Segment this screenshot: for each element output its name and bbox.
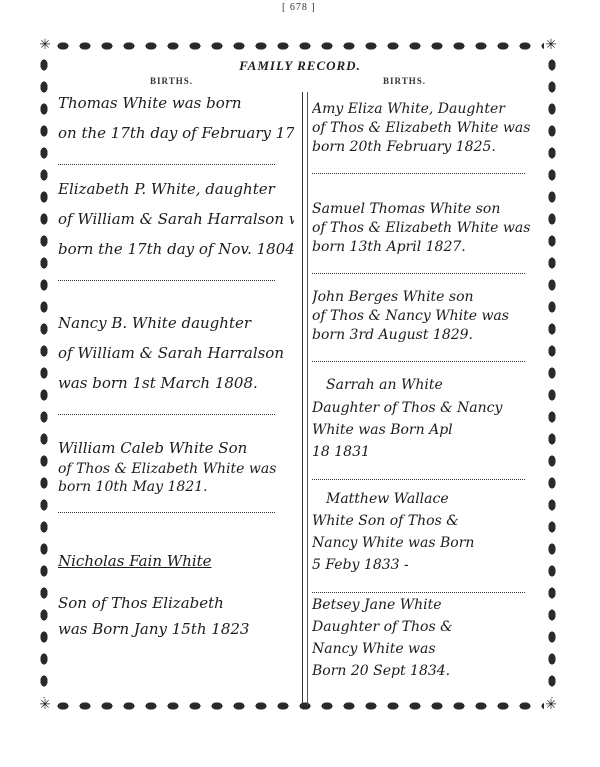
entry-line: born 13th April 1827. — [312, 238, 544, 257]
entry-line: Samuel Thomas White son — [312, 200, 544, 219]
entry-line: Thomas White was born — [58, 88, 294, 118]
entry-line: born the 17th day of Nov. 1804. — [58, 234, 294, 264]
entry-line: Matthew Wallace — [312, 488, 544, 510]
birth-entry: Nicholas Fain White Son of Thos Elizabet… — [58, 546, 294, 642]
entry-line: Born 20 Sept 1834. — [312, 660, 544, 682]
entry-separator — [58, 156, 275, 165]
corner-star-icon: ✳ — [544, 699, 558, 713]
birth-entry: Samuel Thomas White son of Thos & Elizab… — [312, 200, 544, 274]
entry-separator — [312, 165, 525, 174]
entry-line: 5 Feby 1833 - — [312, 554, 544, 576]
birth-entry: Amy Eliza White, Daughter of Thos & Eliz… — [312, 100, 544, 174]
entry-separator — [58, 272, 275, 281]
entry-line: on the 17th day of February 1795 — [58, 118, 294, 148]
entry-separator — [58, 504, 275, 513]
entry-separator — [312, 584, 525, 593]
corner-star-icon: ✳ — [38, 39, 52, 53]
entry-separator — [58, 406, 275, 415]
left-column-header: BIRTHS. — [150, 76, 193, 86]
border-right — [546, 54, 558, 698]
entry-line: Son of Thos Elizabeth — [58, 590, 294, 616]
entry-line: Amy Eliza White, Daughter — [312, 100, 544, 119]
corner-star-icon: ✳ — [38, 699, 52, 713]
entry-line: Sarrah an White — [312, 373, 544, 397]
birth-entry: Thomas White was born on the 17th day of… — [58, 88, 294, 165]
column-divider — [302, 92, 308, 705]
birth-entry: Sarrah an White Daughter of Thos & Nancy… — [312, 373, 544, 480]
entry-line: Daughter of Thos & — [312, 616, 544, 638]
entry-line: Nancy B. White daughter — [58, 308, 294, 338]
entry-line: born 20th February 1825. — [312, 138, 544, 157]
corner-star-icon: ✳ — [544, 39, 558, 53]
birth-entry: Matthew Wallace White Son of Thos & Nanc… — [312, 488, 544, 593]
entry-line: Daughter of Thos & Nancy — [312, 397, 544, 419]
border-left — [38, 54, 50, 698]
birth-entry: Betsey Jane White Daughter of Thos & Nan… — [312, 594, 544, 682]
entry-line: Nancy White was — [312, 638, 544, 660]
entry-line: White Son of Thos & — [312, 510, 544, 532]
entry-separator — [312, 265, 525, 274]
birth-entry: John Berges White son of Thos & Nancy Wh… — [312, 288, 544, 362]
entry-line: 18 1831 — [312, 441, 544, 463]
entry-line: born 10th May 1821. — [58, 478, 294, 496]
border-top — [52, 40, 544, 52]
page-title: FAMILY RECORD. — [0, 58, 600, 74]
entry-line: of William & Sarah Harralson — [58, 338, 294, 368]
entry-line: was born 1st March 1808. — [58, 368, 294, 398]
page-number: [ 678 ] — [282, 2, 316, 13]
entry-line: of Thos & Elizabeth White was — [312, 219, 544, 238]
entry-line: William Caleb White Son — [58, 436, 294, 460]
entry-line: was Born Jany 15th 1823 — [58, 616, 294, 642]
entry-line: Nancy White was Born — [312, 532, 544, 554]
birth-entry: William Caleb White Son of Thos & Elizab… — [58, 436, 294, 513]
entry-line: Elizabeth P. White, daughter — [58, 174, 294, 204]
border-bottom — [52, 700, 544, 712]
birth-entry: Elizabeth P. White, daughter of William … — [58, 174, 294, 281]
entry-line: of Thos & Elizabeth White was — [312, 119, 544, 138]
entry-line: of William & Sarah Harralson was — [58, 204, 294, 234]
entry-line: Betsey Jane White — [312, 594, 544, 616]
entry-separator — [312, 353, 525, 362]
entry-separator — [312, 471, 525, 480]
birth-entry: Nancy B. White daughter of William & Sar… — [58, 308, 294, 415]
entry-line: of Thos & Elizabeth White was — [58, 460, 294, 478]
entry-line: born 3rd August 1829. — [312, 326, 544, 345]
entry-line: White was Born Apl — [312, 419, 544, 441]
right-column-header: BIRTHS. — [383, 76, 426, 86]
entry-line: John Berges White son — [312, 288, 544, 307]
entry-line: of Thos & Nancy White was — [312, 307, 544, 326]
entry-line: Nicholas Fain White — [58, 546, 294, 576]
